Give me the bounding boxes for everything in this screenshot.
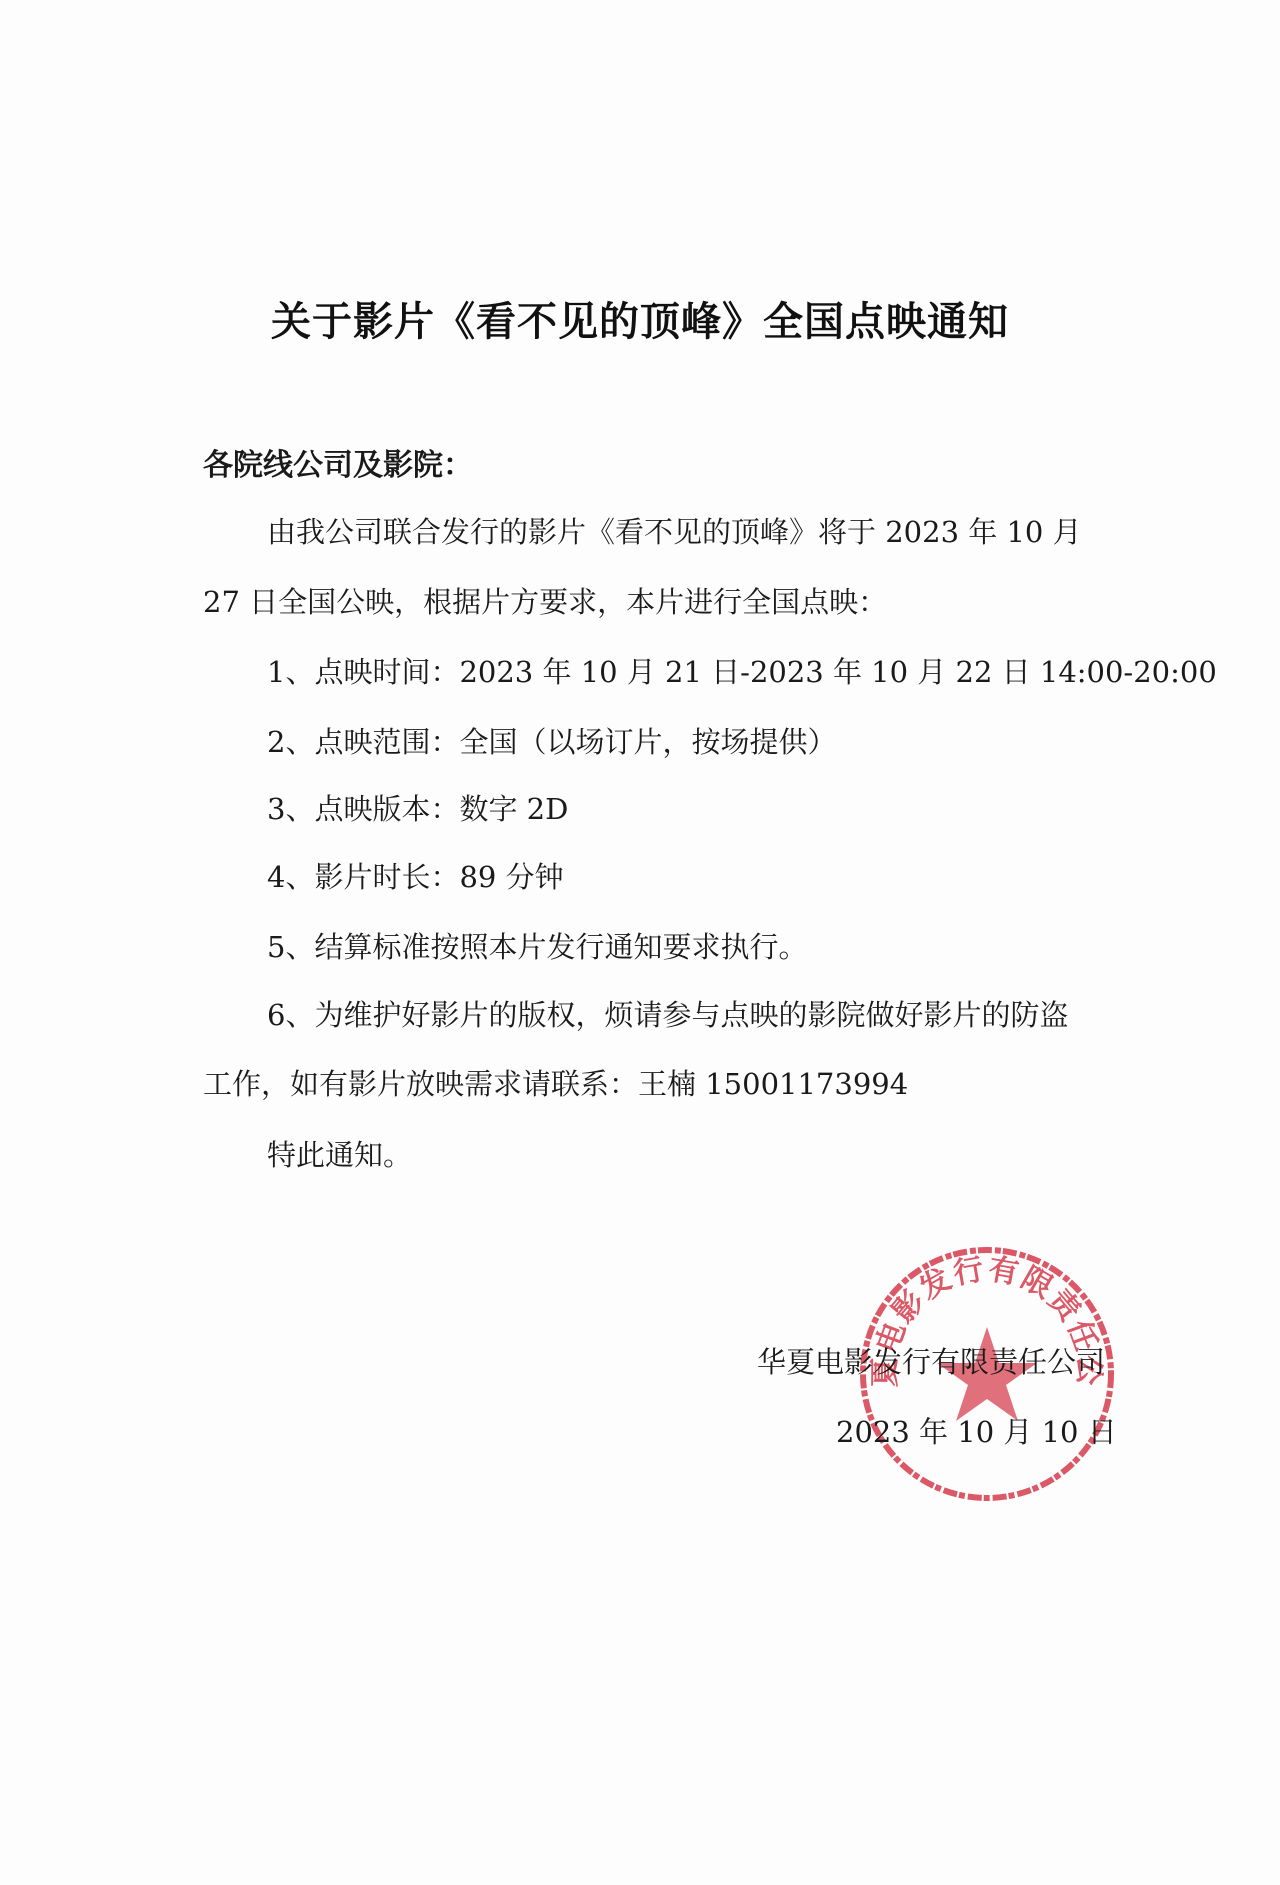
salutation: 各院线公司及影院： bbox=[203, 440, 473, 484]
intro-paragraph-line-1: 由我公司联合发行的影片《看不见的顶峰》将于 2023 年 10 月 bbox=[267, 510, 1082, 551]
closing-remark: 特此通知。 bbox=[267, 1133, 412, 1174]
item-screening-version: 3、点映版本：数字 2D bbox=[267, 787, 568, 828]
intro-paragraph-line-2: 27 日全国公映，根据片方要求，本片进行全国点映： bbox=[203, 580, 887, 621]
item-copyright-line-2: 工作，如有影片放映需求请联系：王楠 15001173994 bbox=[203, 1062, 908, 1103]
item-screening-time: 1、点映时间：2023 年 10 月 21 日-2023 年 10 月 22 日… bbox=[267, 650, 1217, 691]
item-copyright-line-1: 6、为维护好影片的版权，烦请参与点映的影院做好影片的防盗 bbox=[267, 993, 1068, 1034]
document-title: 关于影片《看不见的顶峰》全国点映通知 bbox=[0, 290, 1280, 347]
item-settlement-standard: 5、结算标准按照本片发行通知要求执行。 bbox=[267, 925, 807, 966]
document-page: 关于影片《看不见的顶峰》全国点映通知 各院线公司及影院： 由我公司联合发行的影片… bbox=[0, 0, 1280, 1885]
signature-date: 2023 年 10 月 10 日 bbox=[836, 1410, 1117, 1451]
item-screening-scope: 2、点映范围：全国（以场订片，按场提供） bbox=[267, 720, 836, 761]
item-film-duration: 4、影片时长：89 分钟 bbox=[267, 855, 564, 896]
signature-organization: 华夏电影发行有限责任公司 bbox=[757, 1340, 1105, 1381]
